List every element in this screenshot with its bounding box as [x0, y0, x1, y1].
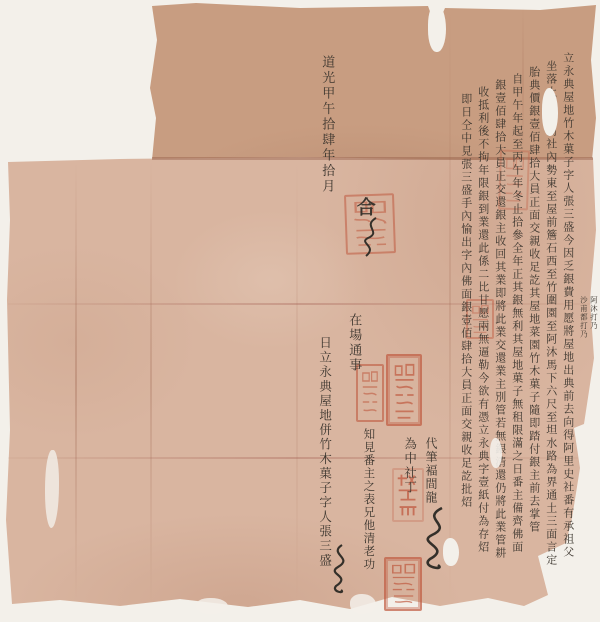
witness-line: 知見番主之表兄他清老功 — [362, 428, 376, 571]
date-column: 道光甲午拾肆年拾月 — [318, 55, 334, 195]
deed-column-5: 銀壹佰肆拾大員正交還銀主收回其業即將此業交還業主別管若無銀清還仍將此業管耕 — [493, 79, 507, 560]
deed-column-4: 自甲午年起至丙午年冬止拾參全年正其銀無利其屋地菓子無租限滿之日番主備齊佛面 — [510, 73, 524, 554]
deed-photograph: 道光甲午拾肆年拾月 合 立永典屋地竹木菓子字人張三盛今因乏銀費用愿將屋地出典前去… — [0, 0, 600, 622]
tear-bottom-left — [196, 598, 228, 614]
deed-column-6: 收抵利後不拘年限銀到業還此係二比甘愿兩無逼勒今欲有憑立永典字壹紙付為存炤 — [476, 86, 490, 554]
joint-mark-paraph — [354, 216, 386, 258]
deed-column-3: 胎典價銀壹佰肆拾大員正面交親收足訖其屋地菜園竹木菓子隨即踏付銀主前去掌管 — [527, 66, 541, 534]
tear-upper-right — [542, 88, 558, 136]
scribe-line: 代筆褔間龍 — [423, 437, 438, 505]
tear-mid-right — [490, 438, 502, 468]
middleman-line: 為中社丁 — [402, 437, 418, 495]
grantor-paraph — [324, 542, 358, 596]
tear-bottom-mid — [350, 594, 376, 614]
inline-name-2: 沙甫都打乃 — [579, 296, 588, 339]
tear-top — [428, 4, 446, 52]
inline-name-1: 阿沐打乃 — [589, 296, 598, 330]
deed-column-7: 即日仝中見張三盛手內愉出字內佛面銀壹佰肆拾大員正面交親收足訖批炤 — [459, 93, 473, 509]
closing-signature-column: 日立永典屋地併竹木菓子字人張三盛 — [317, 336, 333, 568]
interpreter-office-seal — [386, 354, 422, 426]
onsite-interpreter-line: 在場通事 — [345, 313, 361, 373]
joint-mark-character: 合 — [352, 197, 376, 216]
deed-column-2: 坐落土名在崗社內勢東至屋前簷石西至竹圍園至阿沐馬下六尺至坦水路為界通土三面言定 — [544, 60, 558, 567]
tear-lower-mid — [443, 538, 459, 566]
deed-column-1: 立永典屋地竹木菓子字人張三盛今因乏銀費用愿將屋地出典前去向得阿里史社番有承祖父 — [561, 52, 575, 559]
